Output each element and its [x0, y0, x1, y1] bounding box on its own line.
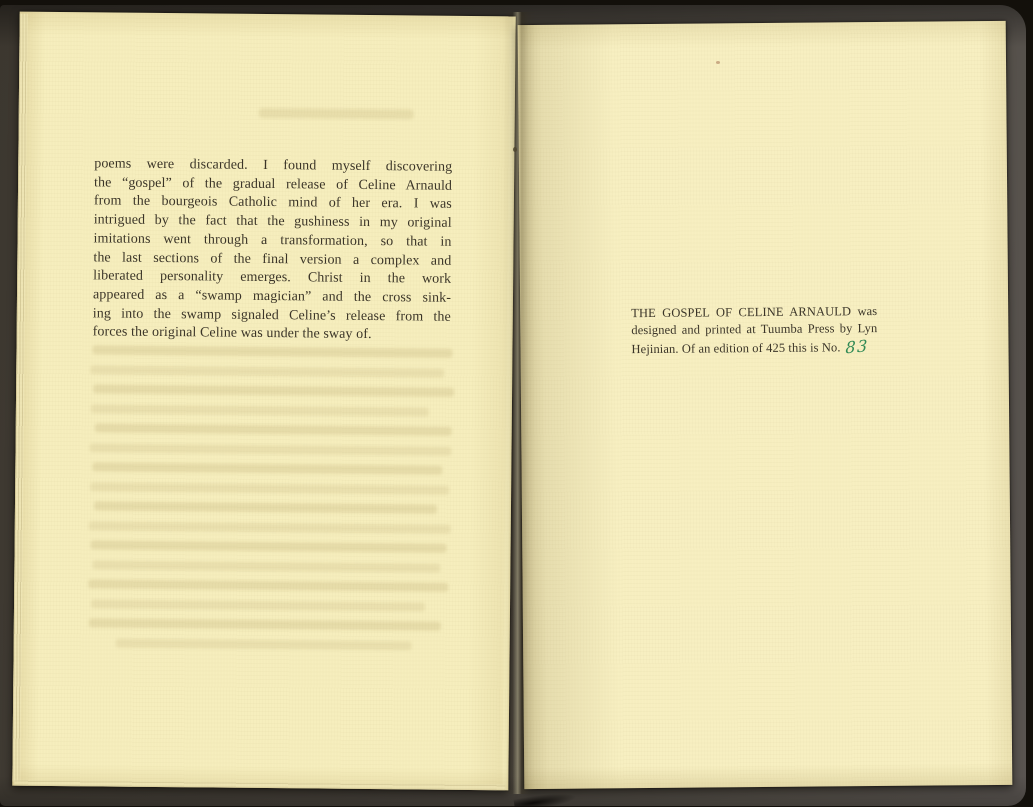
colophon-line: THE GOSPEL OF CELINE ARNAULD was [631, 303, 877, 322]
show-through-line [91, 599, 425, 611]
colophon-line: Hejinian. Of an edition of 425 this is N… [631, 337, 877, 358]
show-through-line [89, 618, 441, 630]
edition-number-handwritten: 83 [845, 337, 869, 356]
show-through-line [90, 482, 449, 494]
show-through-line [92, 345, 452, 357]
paper-speck [716, 61, 720, 64]
show-through-heading [259, 108, 414, 119]
show-through-line [89, 521, 451, 533]
gutter-speck [513, 147, 517, 152]
show-through-line [95, 423, 452, 435]
body-text: poems were discarded. I found myself dis… [93, 155, 453, 345]
show-through-line [92, 462, 442, 474]
show-through-line [90, 365, 444, 377]
colophon-line: designed and printed at Tuumba Press by … [631, 320, 877, 339]
show-through-line [91, 404, 429, 416]
show-through-line [91, 540, 447, 552]
show-through-line [93, 384, 454, 396]
left-page: poems were discarded. I found myself dis… [12, 12, 515, 791]
show-through-line [92, 560, 440, 572]
colophon: THE GOSPEL OF CELINE ARNAULD was designe… [631, 303, 877, 358]
show-through-line [116, 638, 412, 650]
show-through-line [94, 501, 437, 513]
show-through-line [90, 443, 452, 455]
colophon-line-text: Hejinian. Of an edition of 425 this is N… [631, 340, 840, 356]
right-page: THE GOSPEL OF CELINE ARNAULD was designe… [518, 21, 1013, 789]
body-text-line: forces the original Celine was under the… [93, 324, 451, 346]
show-through-line [88, 579, 448, 591]
show-through-text [88, 345, 455, 660]
